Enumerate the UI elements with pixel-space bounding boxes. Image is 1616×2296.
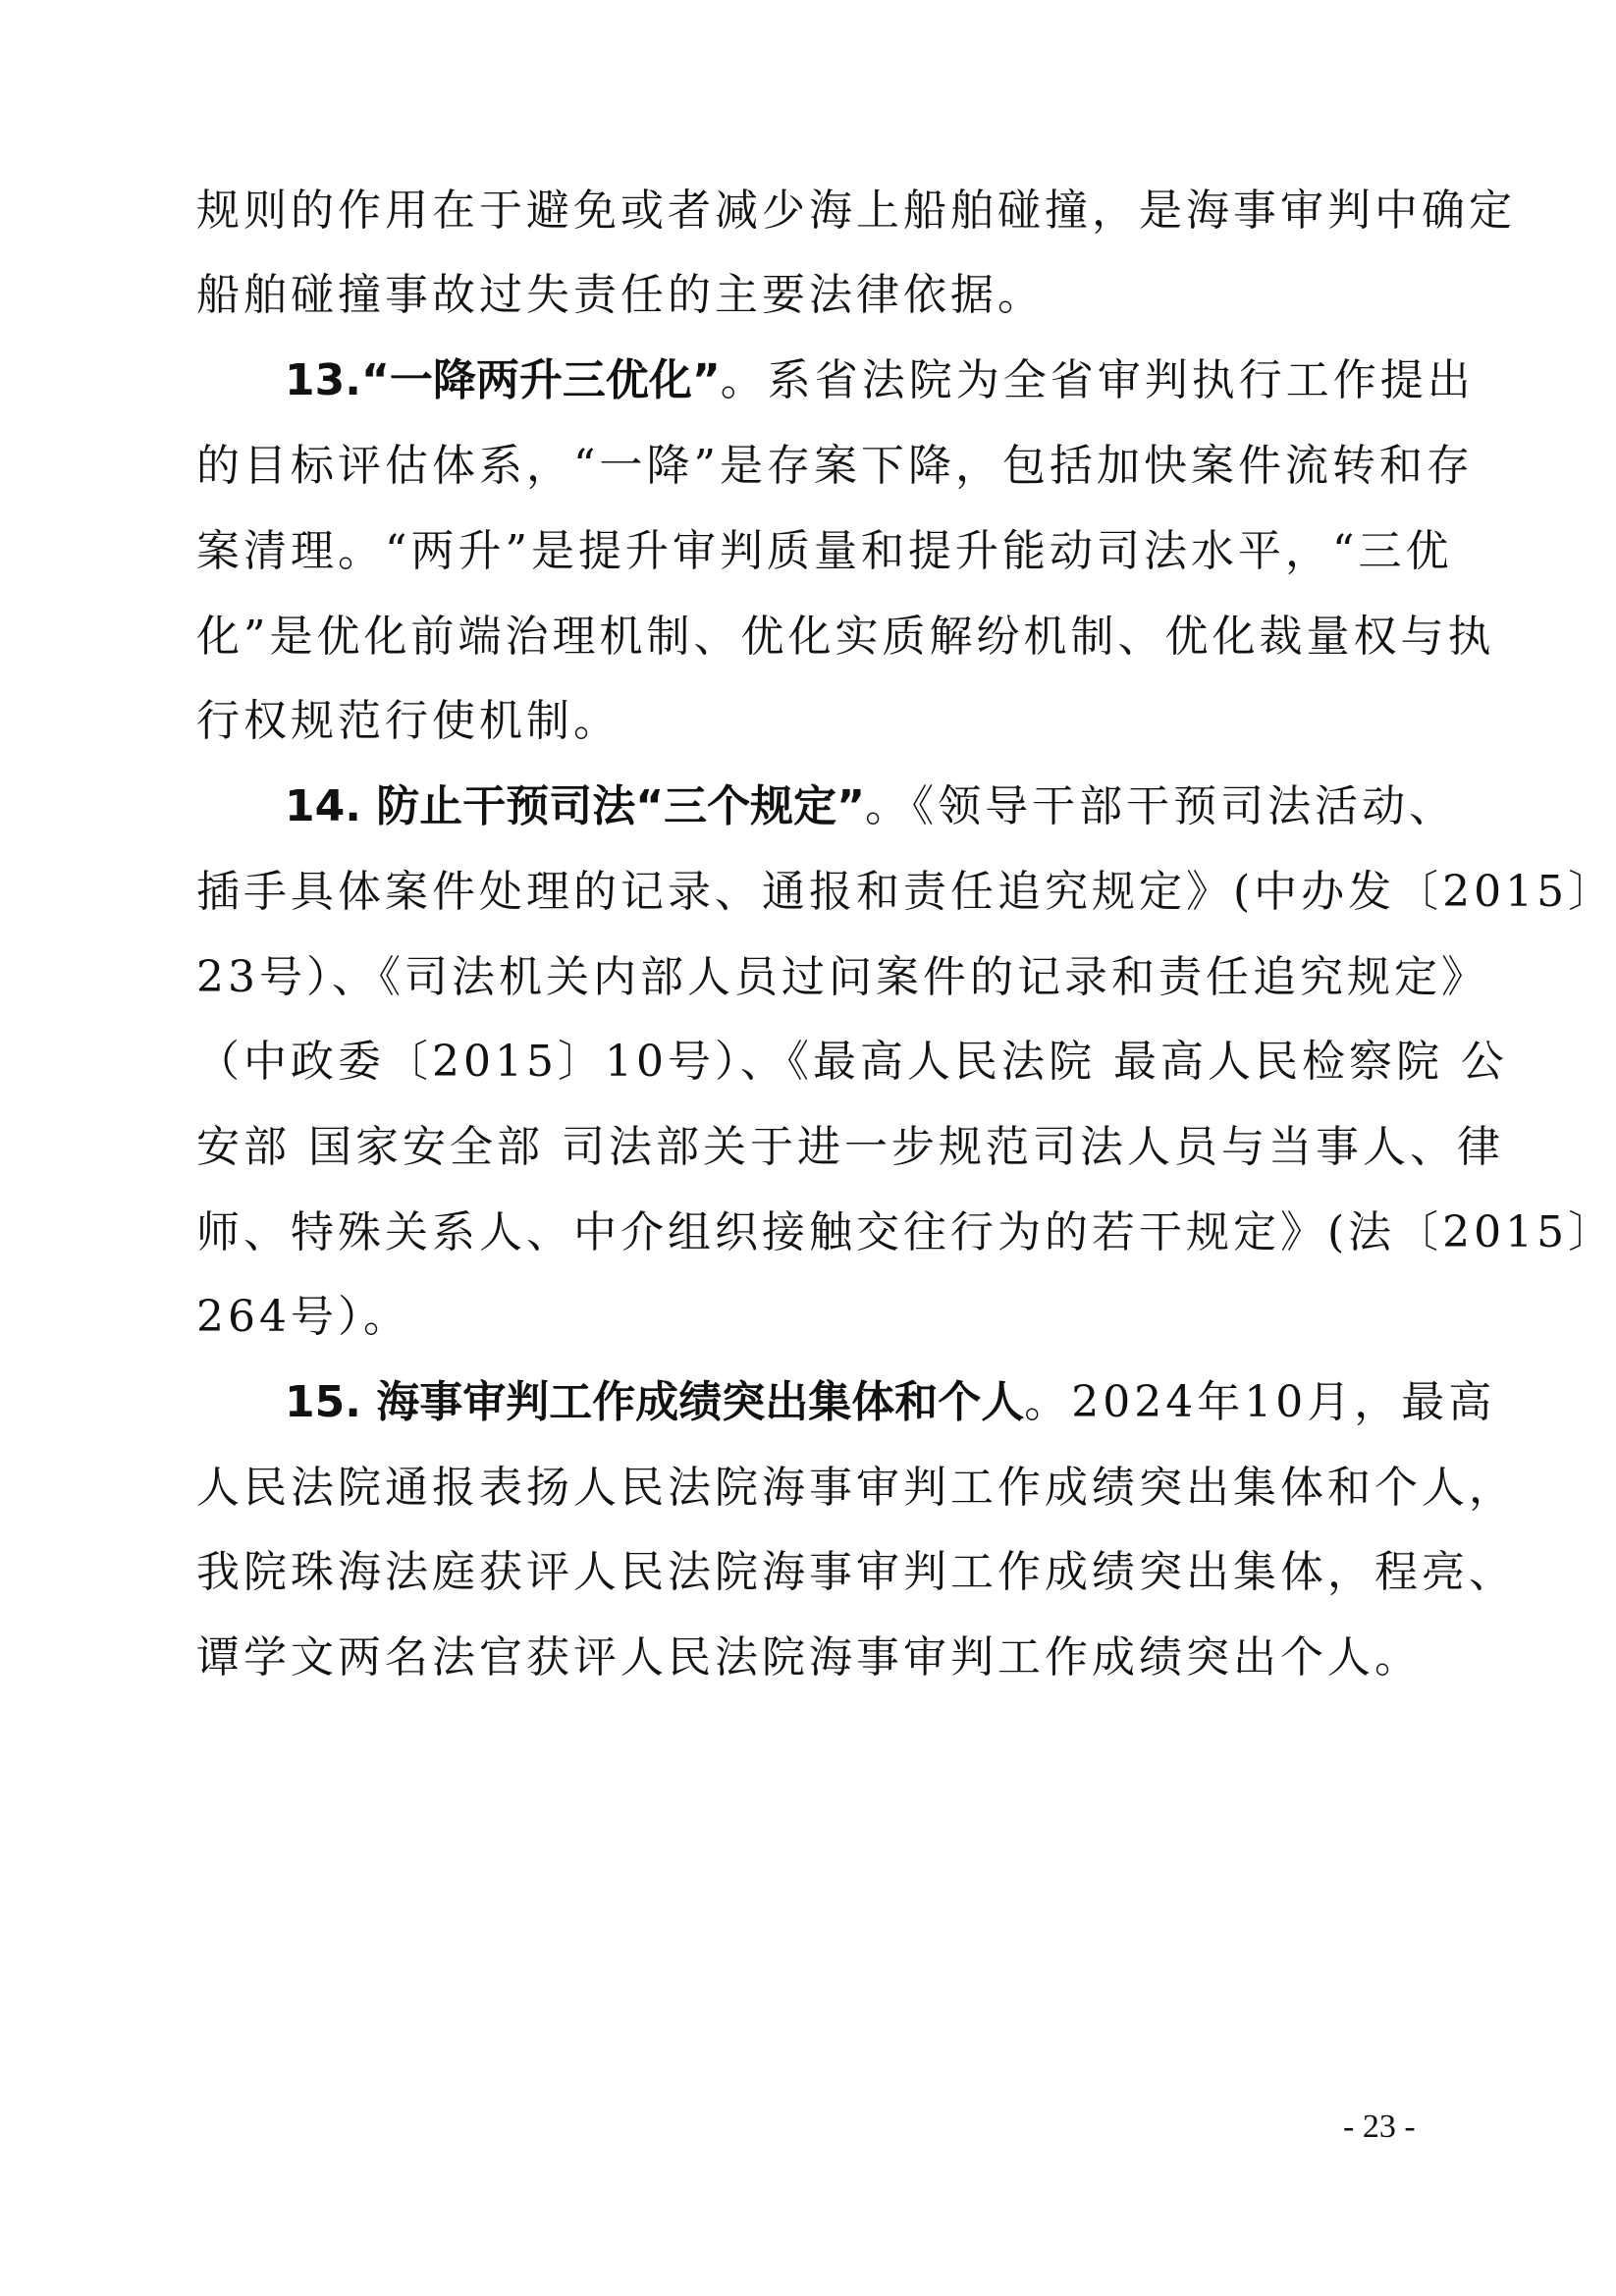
text-line: 化”是优化前端治理机制、优化实质解纷机制、优化裁量权与执 — [196, 608, 1424, 667]
item-14-first-line: 14. 防止干预司法“三个规定”。《领导干部干预司法活动、 — [285, 777, 1424, 836]
item-13-heading: 13.“一降两升三优化” — [285, 355, 721, 405]
text-line: 264号）。 — [196, 1288, 1424, 1347]
text-line: 案清理。“两升”是提升审判质量和提升能动司法水平，“三优 — [196, 522, 1424, 581]
text-line: 船舶碰撞事故过失责任的主要法律依据。 — [196, 266, 1424, 325]
item-15-heading: 15. 海事审判工作成绩突出集体和个人 — [285, 1377, 1024, 1427]
text-line: 23号）、《司法机关内部人员过问案件的记录和责任追究规定》 — [196, 948, 1424, 1007]
text-span: 。系省法院为全省审判执行工作提出 — [721, 355, 1475, 405]
document-page: 规则的作用在于避免或者减少海上船舶碰撞，是海事审判中确定 船舶碰撞事故过失责任的… — [0, 0, 1616, 2296]
text-line: 插手具体案件处理的记录、通报和责任追究规定》(中办发〔2015〕 — [196, 863, 1424, 922]
text-span: 。2024年10月，最高 — [1024, 1377, 1495, 1427]
page-number: - 23 - — [1343, 2109, 1416, 2146]
text-line: 师、特殊关系人、中介组织接触交往行为的若干规定》(法〔2015〕 — [196, 1203, 1424, 1262]
text-line: 的目标评估体系，“一降”是存案下降，包括加快案件流转和存 — [196, 437, 1424, 496]
text-span: 。《领导干部干预司法活动、 — [865, 781, 1456, 831]
text-line: 人民法院通报表扬人民法院海事审判工作成绩突出集体和个人， — [196, 1459, 1424, 1518]
text-line: 行权规范行使机制。 — [196, 692, 1424, 751]
text-line: 规则的作用在于避免或者减少海上船舶碰撞，是海事审判中确定 — [196, 182, 1424, 240]
text-line: 谭学文两名法官获评人民法院海事审判工作成绩突出个人。 — [196, 1629, 1424, 1687]
text-line: 我院珠海法庭获评人民法院海事审判工作成绩突出集体，程亮、 — [196, 1543, 1424, 1602]
item-14-heading: 14. 防止干预司法“三个规定” — [285, 781, 865, 831]
item-13-first-line: 13.“一降两升三优化”。系省法院为全省审判执行工作提出 — [285, 351, 1424, 410]
text-line: 安部 国家安全部 司法部关于进一步规范司法人员与当事人、律 — [196, 1118, 1424, 1177]
text-line: （中政委〔2015〕10号）、《最高人民法院 最高人民检察院 公 — [196, 1033, 1424, 1092]
item-15-first-line: 15. 海事审判工作成绩突出集体和个人。2024年10月，最高 — [285, 1373, 1424, 1432]
